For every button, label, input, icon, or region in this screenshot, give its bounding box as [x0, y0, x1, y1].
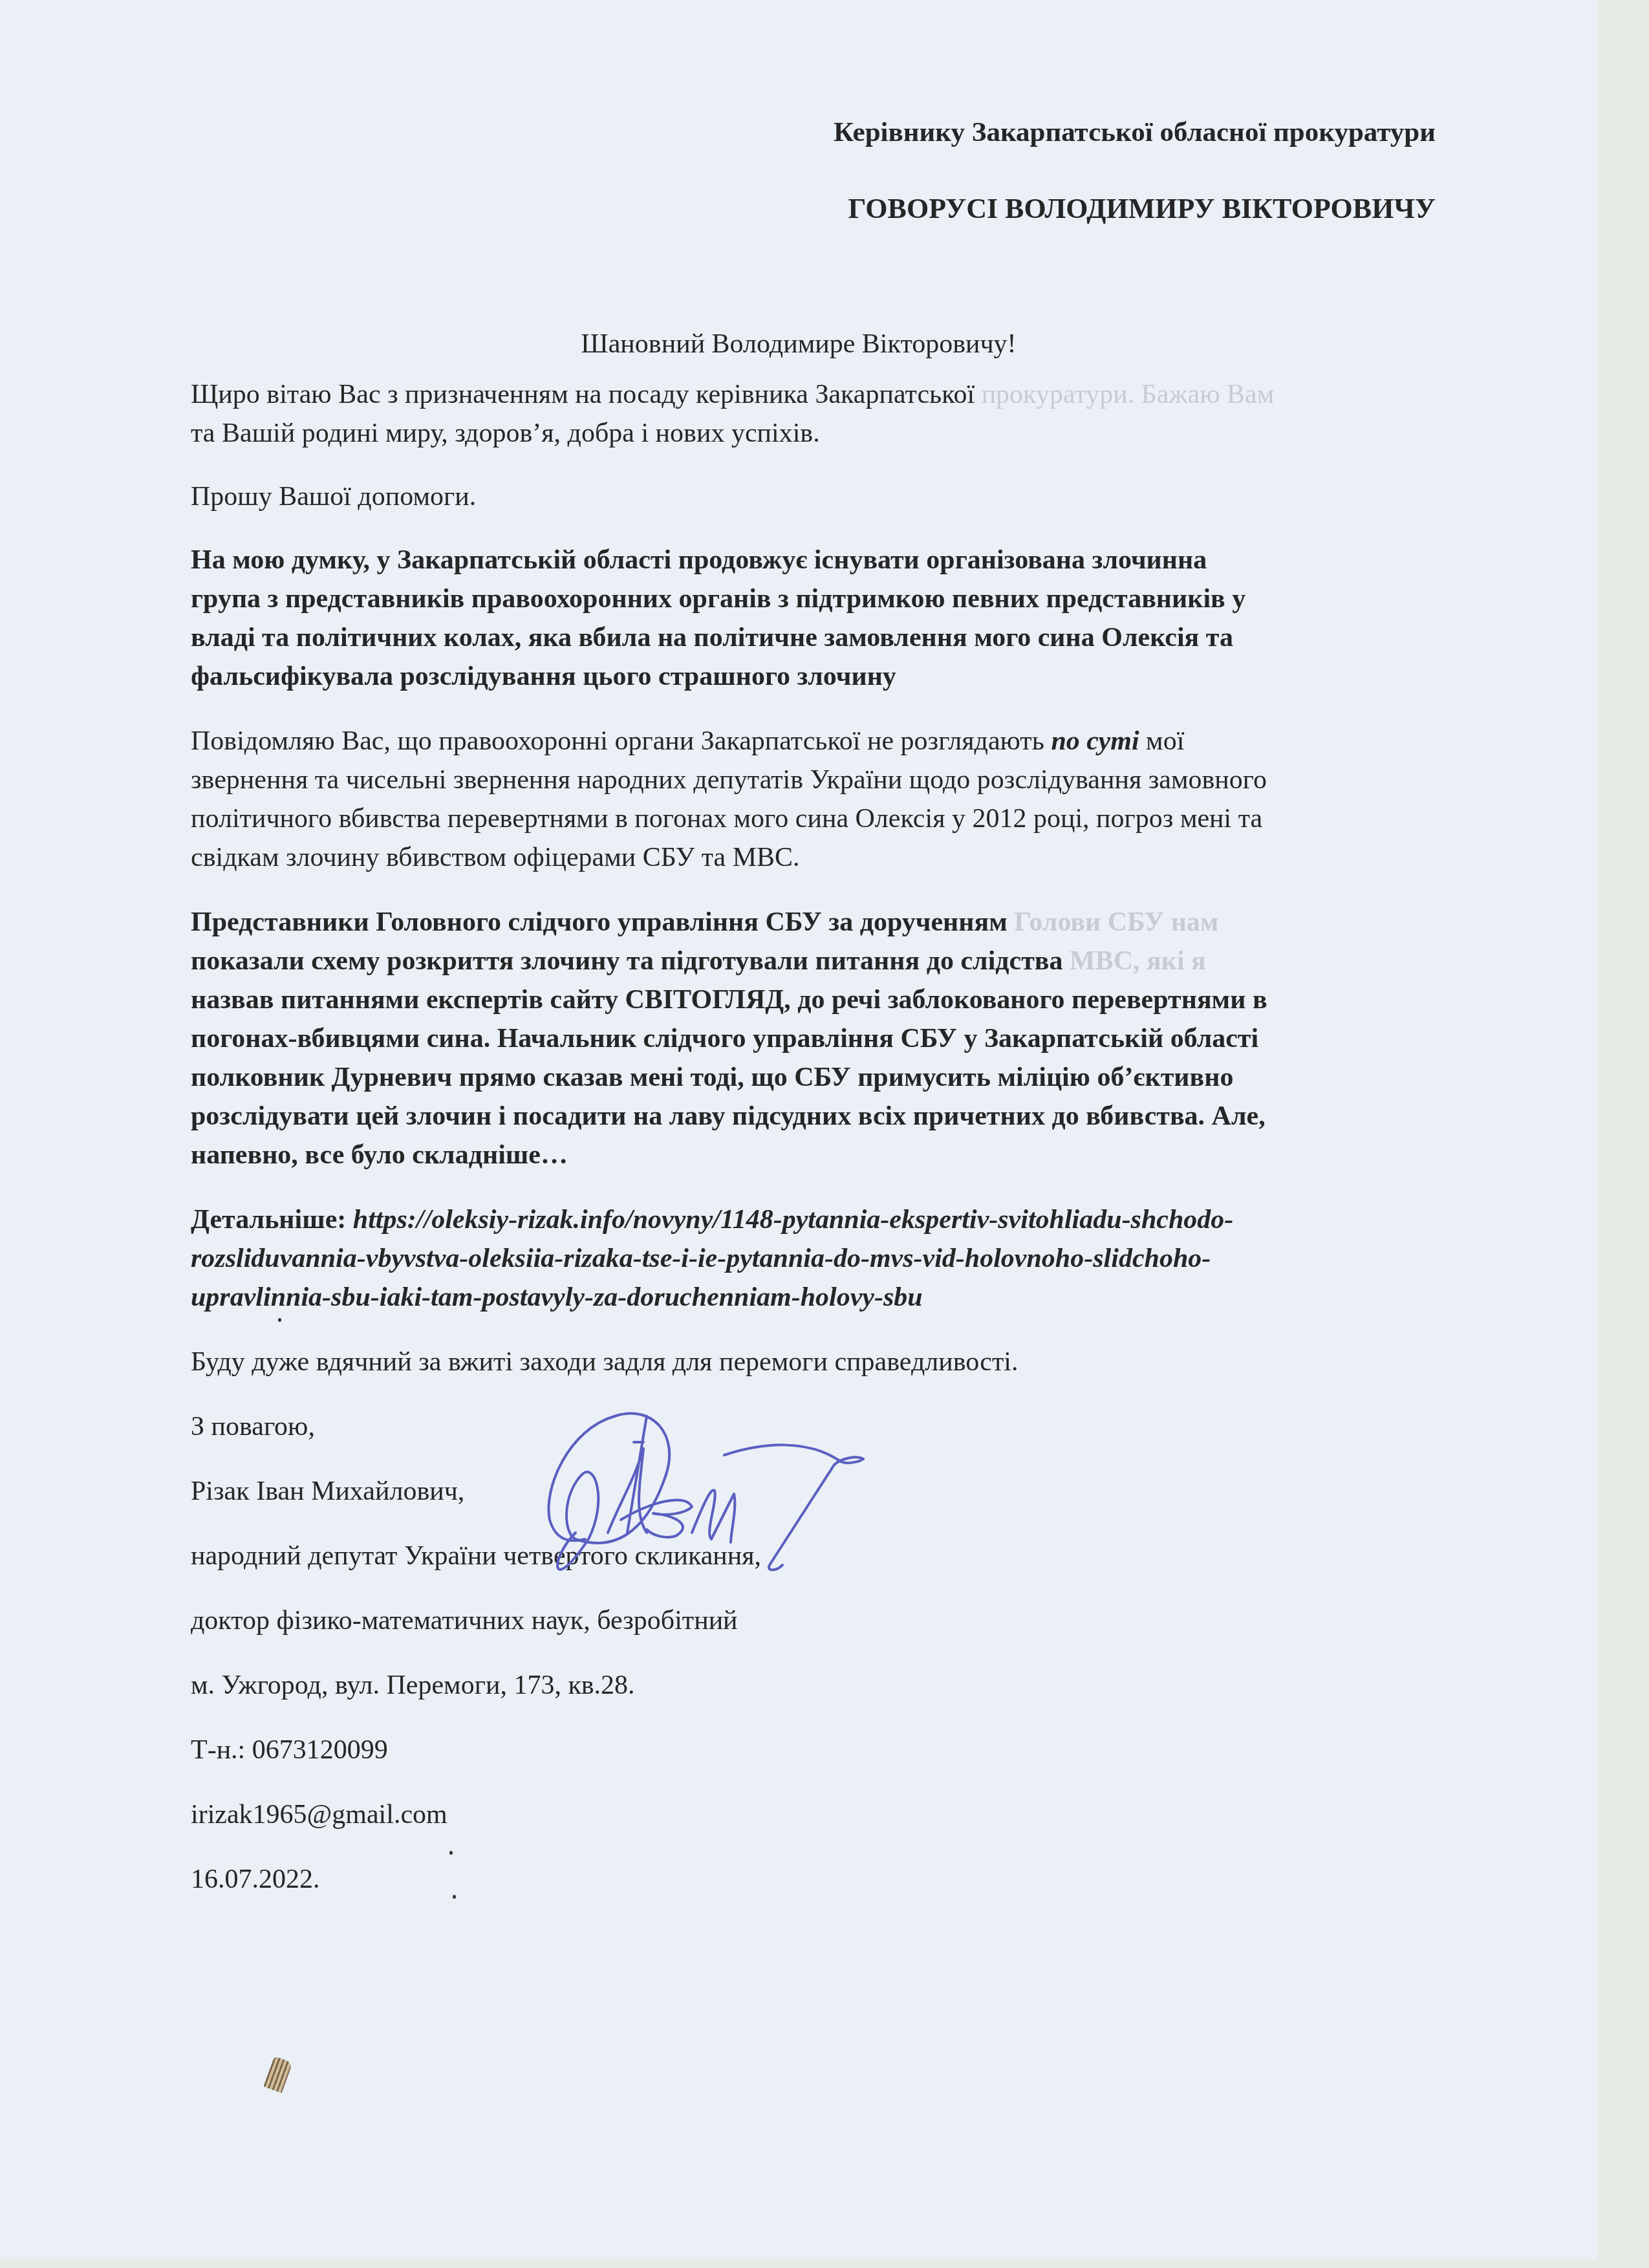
bold-paragraph-line: фальсифікувала розслідування цього страш…: [191, 658, 896, 695]
addressee-name: ГОВОРУСІ ВОЛОДИМИРУ ВІКТОРОВИЧУ: [848, 192, 1436, 225]
notice-text: Повідомляю Вас, що правоохоронні органи …: [191, 726, 1051, 756]
letter-date: 16.07.2022.: [191, 1861, 320, 1897]
signer-email: irizak1965@gmail.com: [191, 1797, 447, 1833]
ink-dot: [453, 1895, 456, 1899]
signer-name: Різак Іван Михайлович,: [191, 1473, 464, 1509]
sbu-paragraph-line-5: полковник Дурневич прямо сказав мені тод…: [191, 1059, 1233, 1096]
paper-speck: [263, 2056, 292, 2093]
bold-paragraph-line: владі та політичних колах, яка вбила на …: [191, 620, 1233, 656]
details-url[interactable]: https://oleksiy-rizak.info/novyny/1148-p…: [353, 1205, 1234, 1235]
details-url-line-2[interactable]: rozsliduvannia-vbyvstva-oleksiia-rizaka-…: [191, 1240, 1211, 1277]
salutation: Шановний Володимире Вікторовичу!: [0, 329, 1597, 360]
signer-degree: доктор фізико-математичних наук, безробі…: [191, 1603, 738, 1639]
signer-address: м. Ужгород, вул. Перемоги, 173, кв.28.: [191, 1667, 635, 1703]
request-help: Прошу Вашої допомоги.: [191, 479, 476, 515]
signer-phone: Т-н.: 0673120099: [191, 1732, 388, 1768]
sbu-text: Представники Головного слідчого управлін…: [191, 907, 1008, 937]
faded-text: Голови СБУ нам: [1008, 907, 1219, 937]
paragraph-congrats-line-1: Щиро вітаю Вас з призначенням на посаду …: [191, 376, 1274, 413]
details-line-1: Детальніше: https://oleksiy-rizak.info/n…: [191, 1202, 1233, 1238]
sbu-text: показали схему розкриття злочину та підг…: [191, 946, 1063, 976]
sbu-paragraph-line-7: напевно, все було складніше…: [191, 1137, 568, 1173]
details-label: Детальніше:: [191, 1205, 353, 1235]
sbu-paragraph-line-3: назвав питаннями експертів сайту СВІТОГЛ…: [191, 982, 1267, 1018]
closing-sentence: Буду дуже вдячний за вжиті заходи задля …: [191, 1344, 1018, 1380]
scanned-letter-page: Керівнику Закарпатської обласної прокура…: [0, 0, 1597, 2259]
paragraph-notice-line-3: політичного вбивства перевертнями в пого…: [191, 801, 1262, 837]
emphasis-text: по суті: [1051, 726, 1139, 756]
paragraph-notice-line-2: звернення та чисельні звернення народних…: [191, 762, 1267, 798]
sbu-paragraph-line-2: показали схему розкриття злочину та підг…: [191, 943, 1206, 979]
regards: З повагою,: [191, 1409, 315, 1445]
notice-text: мої: [1139, 726, 1185, 756]
addressee-title: Керівнику Закарпатської обласної прокура…: [834, 116, 1436, 148]
faded-text: прокуратури. Бажаю Вам: [975, 380, 1274, 409]
ink-dot: [449, 1851, 453, 1855]
congrats-text: Щиро вітаю Вас з призначенням на посаду …: [191, 380, 975, 409]
sbu-paragraph-line-1: Представники Головного слідчого управлін…: [191, 904, 1218, 940]
paragraph-congrats-line-2: та Вашій родині миру, здоров’я, добра і …: [191, 415, 820, 451]
bold-paragraph-line: група з представників правоохоронних орг…: [191, 581, 1245, 617]
paragraph-notice-line-1: Повідомляю Вас, що правоохоронні органи …: [191, 723, 1184, 759]
paragraph-notice-line-4: свідкам злочину вбивством офіцерами СБУ …: [191, 839, 800, 876]
sbu-paragraph-line-6: розслідувати цей злочин і посадити на ла…: [191, 1098, 1266, 1134]
bold-paragraph-line: На мою думку, у Закарпатській області пр…: [191, 542, 1207, 578]
sbu-paragraph-line-4: погонах-вбивцями сина. Начальник слідчог…: [191, 1021, 1258, 1057]
details-url-line-3[interactable]: upravlinnia-sbu-iaki-tam-postavyly-za-do…: [191, 1279, 923, 1315]
ink-dot: [278, 1318, 281, 1322]
handwritten-signature-icon: [537, 1403, 1183, 1597]
faded-text: МВС, які я: [1063, 946, 1206, 976]
